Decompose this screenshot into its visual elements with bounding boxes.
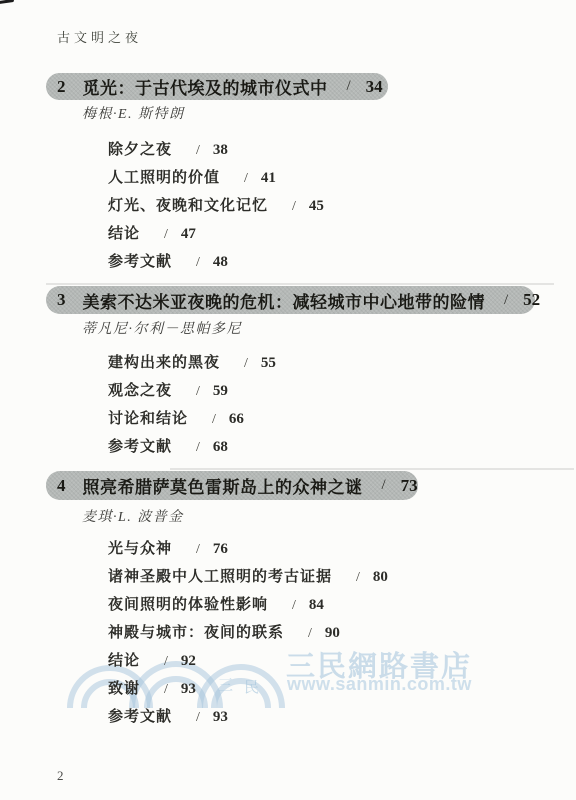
toc-item-title: 诸神圣殿中人工照明的考古证据 — [108, 565, 332, 586]
slash-separator: / — [382, 477, 386, 494]
chapter-number: 3 — [57, 290, 66, 310]
chapter-title: 美索不达米亚夜晚的危机：减轻城市中心地带的险情 — [83, 288, 486, 313]
chapter-author: 梅根·E. 斯特朗 — [82, 103, 185, 123]
toc-item-title: 除夕之夜 — [108, 138, 172, 159]
toc-item-page: 41 — [261, 170, 276, 187]
slash-separator: / — [164, 682, 168, 698]
toc-item-page: 45 — [309, 198, 324, 215]
watermark-url: www.sanmin.com.tw — [287, 674, 472, 695]
toc-item: 除夕之夜 / 38 — [108, 138, 228, 159]
toc-item-page: 47 — [181, 226, 196, 243]
running-header: 古文明之夜 — [57, 27, 142, 46]
slash-separator: / — [356, 570, 360, 586]
toc-item: 诸神圣殿中人工照明的考古证据 / 80 — [108, 565, 388, 586]
toc-item-title: 参考文献 — [108, 435, 172, 456]
toc-item-title: 结论 — [108, 649, 140, 670]
slash-separator: / — [196, 384, 200, 400]
toc-item-page: 93 — [213, 709, 228, 726]
toc-item-title: 参考文献 — [108, 705, 172, 726]
toc-item-page: 66 — [229, 411, 244, 428]
slash-separator: / — [244, 171, 248, 187]
toc-item-title: 致谢 — [108, 677, 140, 698]
slash-separator: / — [164, 654, 168, 670]
toc-item: 光与众神 / 76 — [108, 537, 228, 558]
toc-item-page: 38 — [213, 142, 228, 159]
slash-separator: / — [196, 542, 200, 558]
toc-item-page: 80 — [373, 569, 388, 586]
chapter-page-number: 73 — [401, 476, 418, 496]
slash-separator: / — [504, 292, 508, 309]
toc-item: 夜间照明的体验性影响 / 84 — [108, 593, 324, 614]
chapter-number: 4 — [57, 476, 66, 496]
toc-item-title: 讨论和结论 — [108, 407, 188, 428]
toc-item-title: 参考文献 — [108, 250, 172, 271]
chapter-heading-4: 4 照亮希腊萨莫色雷斯岛上的众神之谜 / 73 — [46, 471, 418, 500]
toc-item: 参考文献 / 93 — [108, 705, 228, 726]
slash-separator: / — [196, 255, 200, 271]
toc-item-page: 93 — [181, 681, 196, 698]
toc-item-title: 人工照明的价值 — [108, 166, 220, 187]
toc-item: 讨论和结论 / 66 — [108, 407, 244, 428]
slash-separator: / — [164, 227, 168, 243]
toc-item-page: 84 — [309, 597, 324, 614]
toc-item-title: 夜间照明的体验性影响 — [108, 593, 268, 614]
chapter-title: 照亮希腊萨莫色雷斯岛上的众神之谜 — [83, 473, 363, 498]
scan-artifact-smudge — [0, 0, 14, 4]
slash-separator: / — [292, 598, 296, 614]
toc-item-title: 光与众神 — [108, 537, 172, 558]
chapter-title: 觅光：于古代埃及的城市仪式中 — [83, 74, 328, 99]
toc-item: 结论 / 47 — [108, 222, 196, 243]
scan-artifact-line — [170, 468, 574, 470]
toc-item-page: 92 — [181, 653, 196, 670]
toc-item: 灯光、夜晚和文化记忆 / 45 — [108, 194, 324, 215]
slash-separator: / — [308, 626, 312, 642]
slash-separator: / — [212, 412, 216, 428]
chapter-author: 蒂凡尼·尔利－思帕多尼 — [82, 318, 242, 338]
slash-separator: / — [196, 440, 200, 456]
toc-item: 神殿与城市：夜间的联系 / 90 — [108, 621, 340, 642]
toc-item: 致谢 / 93 — [108, 677, 196, 698]
logo-char-san: 三 — [218, 677, 233, 694]
toc-item-page: 48 — [213, 254, 228, 271]
chapter-heading-3: 3 美索不达米亚夜晚的危机：减轻城市中心地带的险情 / 52 — [46, 286, 535, 314]
toc-item-title: 神殿与城市：夜间的联系 — [108, 621, 284, 642]
toc-item-page: 55 — [261, 355, 276, 372]
chapter-author: 麦琪·L. 波普金 — [82, 506, 184, 526]
slash-separator: / — [244, 356, 248, 372]
toc-item: 观念之夜 / 59 — [108, 379, 228, 400]
toc-item: 结论 / 92 — [108, 649, 196, 670]
toc-item: 参考文献 / 68 — [108, 435, 228, 456]
slash-separator: / — [196, 710, 200, 726]
toc-item: 参考文献 / 48 — [108, 250, 228, 271]
toc-item-title: 观念之夜 — [108, 379, 172, 400]
toc-item: 人工照明的价值 / 41 — [108, 166, 276, 187]
chapter-page-number: 52 — [523, 290, 540, 310]
watermark-store-name: 三民網路書店 — [286, 644, 472, 685]
logo-char-min: 民 — [244, 679, 259, 696]
toc-item-title: 建构出来的黑夜 — [108, 351, 220, 372]
toc-item-page: 90 — [325, 625, 340, 642]
slash-separator: / — [347, 78, 351, 95]
chapter-heading-2: 2 觅光：于古代埃及的城市仪式中 / 34 — [46, 73, 388, 100]
chapter-page-number: 34 — [366, 77, 383, 97]
folio-page-number: 2 — [57, 768, 64, 784]
toc-item-title: 灯光、夜晚和文化记忆 — [108, 194, 268, 215]
scan-artifact-line — [46, 283, 554, 285]
toc-item-page: 68 — [213, 439, 228, 456]
chapter-number: 2 — [57, 77, 66, 97]
toc-item: 建构出来的黑夜 / 55 — [108, 351, 276, 372]
toc-item-page: 59 — [213, 383, 228, 400]
toc-item-title: 结论 — [108, 222, 140, 243]
slash-separator: / — [292, 199, 296, 215]
book-page: 古文明之夜 三 民 三民網路書店 www.sanmin.com.tw 2 觅光：… — [0, 0, 576, 800]
toc-item-page: 76 — [213, 541, 228, 558]
slash-separator: / — [196, 143, 200, 159]
